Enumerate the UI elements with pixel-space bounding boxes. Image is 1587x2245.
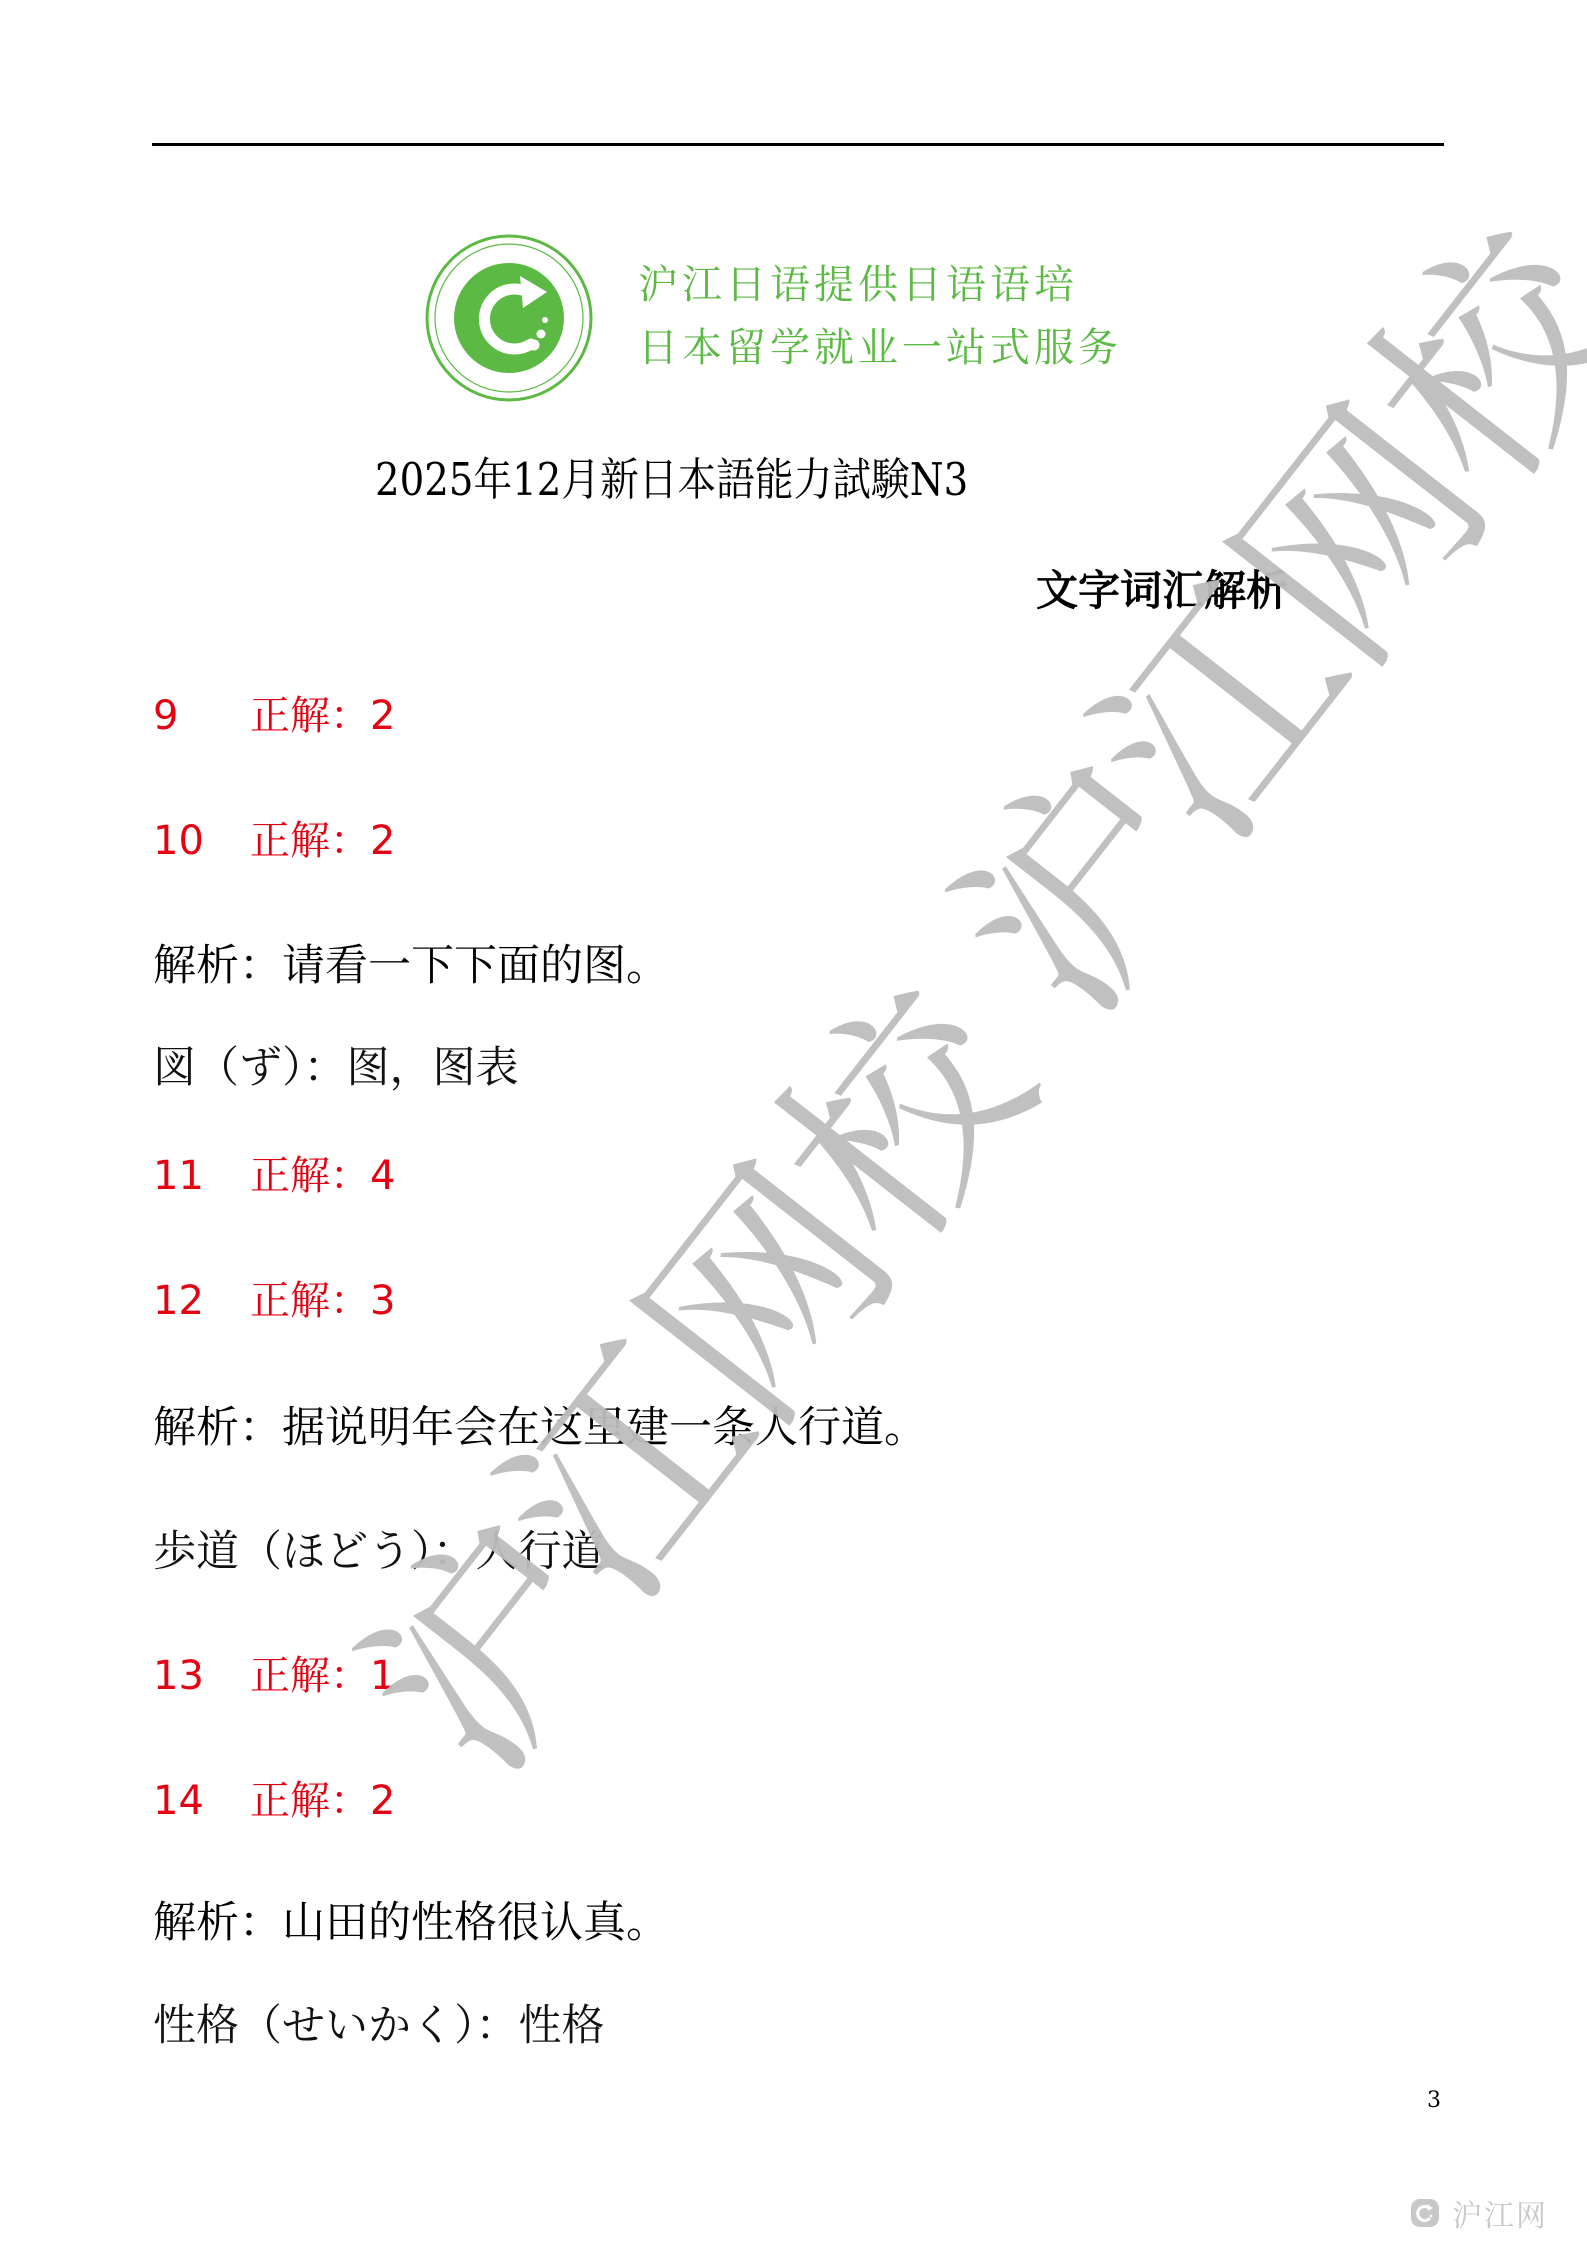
vocab-10: 図（ず）：图，图表 bbox=[153, 1040, 519, 1096]
answer-label: 正解：2 bbox=[250, 1778, 395, 1824]
document-page: 沪江日语提供日语语培 日本留学就业一站式服务 2025年12月新日本語能力試験N… bbox=[0, 0, 1587, 2245]
explanation-14: 解析：山田的性格很认真。 bbox=[153, 1895, 669, 1951]
answer-row-10: 10正解：2 bbox=[153, 815, 395, 867]
answer-label: 正解：1 bbox=[250, 1653, 395, 1699]
vocab-term: 図（ず）： bbox=[153, 1043, 347, 1093]
answer-label: 正解：2 bbox=[250, 818, 395, 864]
answer-row-14: 14正解：2 bbox=[153, 1775, 395, 1827]
hujiang-logo-icon bbox=[1410, 2198, 1440, 2228]
answer-label: 正解：3 bbox=[250, 1278, 395, 1324]
question-number: 10 bbox=[153, 815, 250, 867]
document-title: 2025年12月新日本語能力試験N3 bbox=[375, 450, 968, 510]
answer-label: 正解：2 bbox=[250, 693, 395, 739]
logo-slogan: 沪江日语提供日语语培 日本留学就业一站式服务 bbox=[638, 254, 1122, 380]
explanation-12: 解析：据说明年会在这里建一条人行道。 bbox=[153, 1400, 927, 1456]
question-number: 9 bbox=[153, 690, 250, 742]
footer-brand-text: 沪江网 bbox=[1452, 2191, 1548, 2235]
watermark: 沪江网校 沪江网校 bbox=[328, 547, 1391, 1814]
vocab-term: 歩道（ほどう）： bbox=[153, 1527, 476, 1577]
vocab-meaning: 性格 bbox=[519, 2001, 605, 2051]
answer-row-11: 11正解：4 bbox=[153, 1150, 395, 1202]
question-number: 11 bbox=[153, 1150, 250, 1202]
answer-label: 正解：4 bbox=[250, 1153, 395, 1199]
question-number: 12 bbox=[153, 1275, 250, 1327]
hujiang-badge-icon bbox=[423, 232, 595, 404]
vocab-meaning: 图，图表 bbox=[347, 1043, 519, 1093]
explanation-10: 解析：请看一下下面的图。 bbox=[153, 938, 669, 994]
answer-row-13: 13正解：1 bbox=[153, 1650, 395, 1702]
vocab-term: 性格（せいかく）： bbox=[153, 2001, 519, 2051]
section-title: 文字词汇解析 bbox=[1036, 563, 1288, 619]
vocab-14: 性格（せいかく）：性格 bbox=[153, 1998, 605, 2054]
vocab-meaning: 人行道 bbox=[476, 1527, 605, 1577]
answer-row-12: 12正解：3 bbox=[153, 1275, 395, 1327]
question-number: 14 bbox=[153, 1775, 250, 1827]
vocab-12: 歩道（ほどう）：人行道 bbox=[153, 1524, 605, 1580]
hujiang-logo-banner: 沪江日语提供日语语培 日本留学就业一站式服务 bbox=[423, 232, 1163, 404]
answer-row-9: 9正解：2 bbox=[153, 690, 395, 742]
question-number: 13 bbox=[153, 1650, 250, 1702]
logo-slogan-line-2: 日本留学就业一站式服务 bbox=[638, 317, 1122, 380]
header-rule bbox=[152, 143, 1444, 146]
logo-slogan-line-1: 沪江日语提供日语语培 bbox=[638, 254, 1122, 317]
footer-brand: 沪江网 bbox=[1410, 2193, 1548, 2233]
page-number: 3 bbox=[1427, 2088, 1441, 2114]
